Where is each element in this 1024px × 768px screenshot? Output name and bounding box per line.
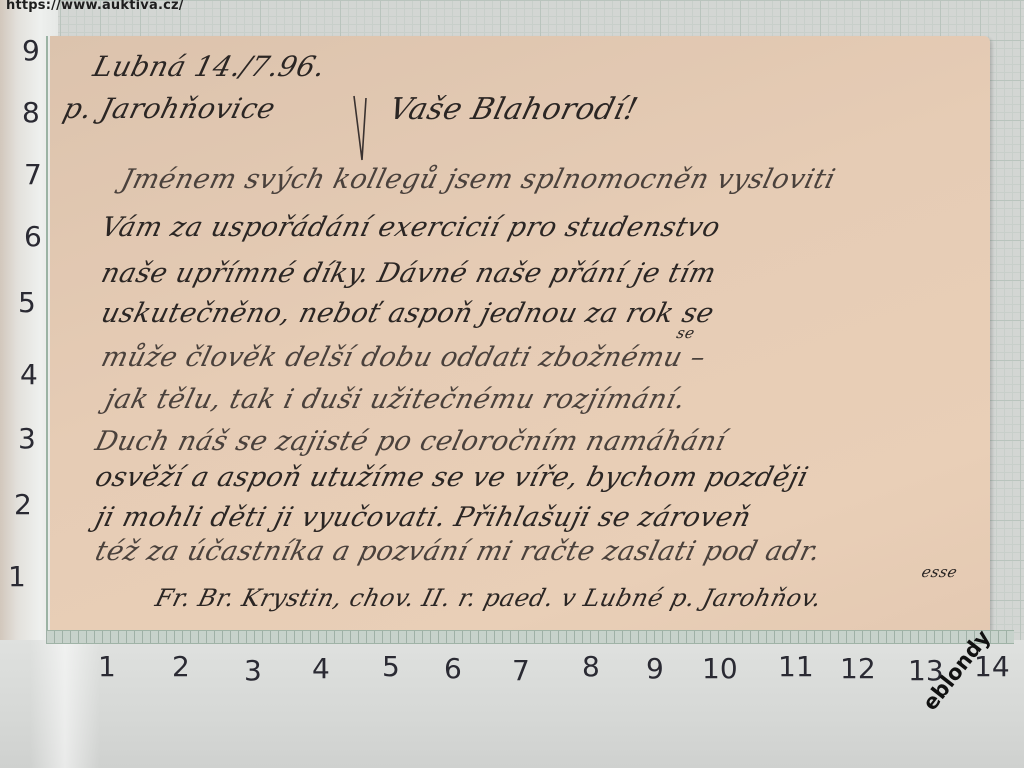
letter-line-10: též za účastníka a pozvání mi račte zasl… [92,536,824,567]
ruler-number-left: 5 [18,286,36,319]
letter-line-5: může člověk delší dobu oddati zbožnému – [98,342,709,373]
letter-line-7: Duch náš se zajisté po celoročním namáhá… [92,426,729,457]
postcard: Lubná 14./7.96. p. Jarohňovice Vaše Blah… [50,36,990,632]
ruler-number-bottom: 5 [382,650,400,683]
ruler-number-left: 9 [22,34,40,67]
ruler-number-left: 2 [14,488,32,521]
ruler-number-bottom: 9 [646,652,664,685]
ruler-number-bottom: 1 [98,650,116,683]
ruler-number-left: 3 [18,422,36,455]
source-url-label: https://www.auktiva.cz/ [6,0,184,13]
letter-line-6: jak tělu, tak i duši užitečnému rozjímán… [102,384,689,415]
paper-fold-highlight [30,640,100,768]
ruler-number-bottom: 6 [444,652,462,685]
salutation: Vaše Blahorodí! [386,92,642,127]
place-date: Lubná 14./7.96. [90,50,329,83]
ruler-number-left: 8 [22,96,40,129]
ruler-number-bottom: 8 [582,650,600,683]
post-office: p. Jarohňovice [60,92,279,125]
letter-line-9: ji mohli děti ji vyučovati. Přihlašuji s… [92,502,754,533]
ruler-number-bottom: 2 [172,650,190,683]
ruler-number-left: 6 [24,220,42,253]
ruler-number-left: 7 [24,158,42,191]
letter-line-1: Jménem svých kollegů jsem splnomocněn vy… [118,164,839,195]
letter-line-3: naše upřímné díky. Dávné naše přání je t… [98,258,719,289]
horizontal-ruler-edge [46,630,1014,644]
ruler-number-left: 4 [20,358,38,391]
arrow-down-icon [352,94,372,164]
ruler-number-left: 1 [8,560,26,593]
ruler-number-bottom: 12 [840,652,876,685]
interlinear-note: se [675,324,697,342]
letter-line-2: Vám za uspořádání exercicií pro studenst… [98,212,724,243]
signature: Fr. Br. Krystin, chov. II. r. paed. v Lu… [153,584,825,612]
letter-line-8: osvěží a aspoň utužíme se ve víře, bycho… [92,462,812,493]
signature-note: esse [920,563,960,581]
ruler-number-bottom: 7 [512,654,530,687]
ruler-number-bottom: 10 [702,652,738,685]
vertical-ruler-edge [46,36,48,636]
letter-line-4: uskutečněno, neboť aspoň jednou za rok s… [98,298,717,329]
ruler-number-bottom: 3 [244,654,262,687]
ruler-number-bottom: 4 [312,652,330,685]
ruler-number-bottom: 11 [778,650,814,683]
